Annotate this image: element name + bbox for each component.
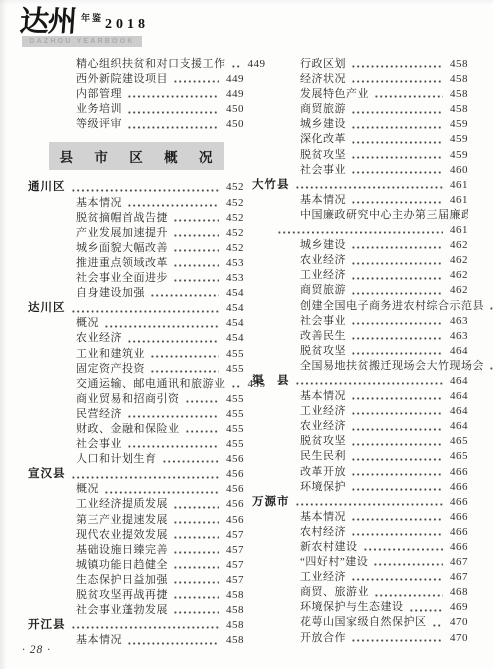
dot-leader xyxy=(351,468,443,480)
toc-entry: 环境保护与生态建设469 xyxy=(252,600,468,615)
toc-page-number: 464 xyxy=(446,344,468,359)
toc-entry: 财政、金融和保险业455 xyxy=(28,422,244,437)
dot-leader xyxy=(173,274,219,286)
toc-page-number: 455 xyxy=(222,347,244,362)
dot-leader xyxy=(374,588,443,600)
scan-edge-shadow xyxy=(0,0,7,669)
toc-entry-title: 固定资产投资 xyxy=(76,362,145,377)
toc-entry: 深化改革459 xyxy=(252,132,468,147)
toc-entry-title: 农业经济 xyxy=(300,253,346,268)
toc-entry: 经济状况458 xyxy=(252,72,468,87)
dot-leader xyxy=(351,483,443,495)
dot-leader xyxy=(150,350,219,362)
dot-leader xyxy=(127,636,219,648)
toc-entry-title: 创建全国电子商务进农村综合示范县 xyxy=(300,299,484,314)
toc-page-number: 449 xyxy=(222,72,244,87)
dot-leader xyxy=(351,136,443,148)
toc-entry: 商贸旅游462 xyxy=(252,283,468,298)
toc-page-number: 454 xyxy=(222,331,244,346)
dot-leader xyxy=(351,437,443,449)
toc-page-number: 459 xyxy=(446,132,468,147)
toc-page-number: 461 xyxy=(446,223,468,238)
toc-entry-title: 基本情况 xyxy=(300,510,346,525)
dot-leader xyxy=(127,440,219,452)
toc-entry-title: 改革开放 xyxy=(300,465,346,480)
toc-entry-title: 基础设施日臻完善 xyxy=(76,543,168,558)
toc-entry: 行政区划458 xyxy=(252,57,468,72)
toc-page-number: 462 xyxy=(446,238,468,253)
toc-entry-title: 脱贫攻坚 xyxy=(300,148,346,163)
dot-leader xyxy=(295,377,444,389)
toc-entry-title: 工业经济 xyxy=(300,570,346,585)
dot-leader xyxy=(127,199,219,211)
toc-entry-title: 商贸旅游 xyxy=(300,102,346,117)
toc-entry: 商业贸易和招商引资455 xyxy=(28,392,244,407)
toc-page-number: 466 xyxy=(446,495,468,510)
toc-entry: 创建全国电子商务进农村综合示范县463 xyxy=(252,299,468,314)
dot-leader xyxy=(71,304,220,316)
section-header: 县 市 区 概 况 xyxy=(28,132,244,180)
toc-entry-title: 等级评审 xyxy=(76,117,122,132)
dot-leader xyxy=(127,410,219,422)
toc-entry: 大竹县461 xyxy=(252,178,468,193)
dot-leader xyxy=(432,619,444,631)
toc-entry: 内部管理449 xyxy=(28,87,244,102)
toc-page-number: 466 xyxy=(446,465,468,480)
toc-entry-title: 城镇功能日趋健全 xyxy=(76,558,168,573)
dot-leader xyxy=(351,105,443,117)
toc-entry-title: 商贸、旅游业 xyxy=(300,585,369,600)
toc-entry: 工业经济462 xyxy=(252,268,468,283)
toc-page-number: 457 xyxy=(222,573,244,588)
toc-entry-title: 基本情况 xyxy=(300,389,346,404)
toc-entry-title: 城乡面貌大幅改善 xyxy=(76,241,168,256)
toc-entry-title: 达川区 xyxy=(28,301,66,316)
dot-leader xyxy=(173,244,219,256)
toc-entry: 花萼山国家级自然保护区470 xyxy=(252,615,468,630)
toc-entry: 民营经济455 xyxy=(28,407,244,422)
toc-column-left: 精心组织扶贫和对口支援工作449西外新院建设项目449内部管理449业务培训45… xyxy=(28,57,244,648)
toc-page-number: 457 xyxy=(222,543,244,558)
toc-page-number: 465 xyxy=(446,434,468,449)
dot-leader xyxy=(351,120,443,132)
dot-leader xyxy=(351,151,443,163)
toc-page-number: 452 xyxy=(222,180,244,195)
toc-page-number: 462 xyxy=(446,268,468,283)
dot-leader xyxy=(71,621,220,633)
toc-entry: 脱贫攻坚465 xyxy=(252,434,468,449)
toc-page-number: 464 xyxy=(446,419,468,434)
toc-entry-title: 业务培训 xyxy=(76,102,122,117)
dot-leader xyxy=(185,395,220,407)
toc-entry: 脱贫攻坚464 xyxy=(252,344,468,359)
toc-entry-title: 人口和计划生育 xyxy=(76,452,157,467)
toc-page-number: 466 xyxy=(446,480,468,495)
toc-entry: 第三产业提速发展456 xyxy=(28,513,244,528)
dot-leader xyxy=(373,558,443,570)
toc-entry: 新农村建设466 xyxy=(252,540,468,555)
toc-page-number: 466 xyxy=(446,510,468,525)
toc-page-number: 467 xyxy=(446,555,468,570)
toc-page-number: 464 xyxy=(446,404,468,419)
logo-subtitle: 年鉴 xyxy=(81,11,103,24)
toc-entry: 基本情况466 xyxy=(252,510,468,525)
dot-leader xyxy=(351,407,443,419)
dot-leader xyxy=(231,380,241,392)
toc-entry-title: 财政、金融和保险业 xyxy=(76,422,180,437)
dot-leader xyxy=(173,576,219,588)
toc-page-number: 462 xyxy=(446,253,468,268)
toc-page-number: 463 xyxy=(446,329,468,344)
toc-entry: 自身建设加强454 xyxy=(28,286,244,301)
toc-entry-title: 基本情况 xyxy=(300,193,346,208)
toc-entry-title: 脱贫攻坚再战再捷 xyxy=(76,588,168,603)
toc-entry-title: 万源市 xyxy=(252,495,290,510)
toc-page-number: 456 xyxy=(222,513,244,528)
toc-entry-title: 社会事业 xyxy=(300,314,346,329)
dot-leader xyxy=(295,181,444,193)
dot-leader xyxy=(351,271,443,283)
toc-entry: 农村经济466 xyxy=(252,525,468,540)
toc-entry: 概况456 xyxy=(28,482,244,497)
toc-page-number: 461 xyxy=(446,193,468,208)
toc-entry: 基础设施日臻完善457 xyxy=(28,543,244,558)
toc-entry: 城乡建设462 xyxy=(252,238,468,253)
dot-leader xyxy=(173,75,219,87)
toc-entry: 生态保护日益加强457 xyxy=(28,573,244,588)
dot-leader xyxy=(127,120,219,132)
dot-leader xyxy=(351,453,443,465)
toc-entry: 工业经济467 xyxy=(252,570,468,585)
dot-leader xyxy=(173,501,219,513)
toc-page-number: 455 xyxy=(222,422,244,437)
toc-entry-title: 精心组织扶贫和对口支援工作 xyxy=(76,57,226,72)
toc-entry-title: 工业和建筑业 xyxy=(76,347,145,362)
toc-entry-title: 产业发展加速提升 xyxy=(76,226,168,241)
toc-page-number: 458 xyxy=(446,57,468,72)
toc-entry: 开江县458 xyxy=(28,618,244,633)
logo-title-cn: 达州 xyxy=(19,8,77,34)
dot-leader xyxy=(489,362,493,374)
toc-entry: 精心组织扶贫和对口支援工作449 xyxy=(28,57,244,72)
toc-page-number: 458 xyxy=(446,87,468,102)
toc-entry-title: 基本情况 xyxy=(76,196,122,211)
toc-entry-title: 脱贫攻坚 xyxy=(300,344,346,359)
toc-page-number: 456 xyxy=(222,482,244,497)
toc-entry-title: 工业经济提质发展 xyxy=(76,497,168,512)
toc-entry: “四好村”建设467 xyxy=(252,555,468,570)
toc-entry: 农业经济454 xyxy=(28,331,244,346)
toc-entry-title: 脱贫攻坚 xyxy=(300,434,346,449)
toc-page-number: 458 xyxy=(222,633,244,648)
toc-entry: 脱贫攻坚459 xyxy=(252,148,468,163)
toc-entry: 渠 县464 xyxy=(252,374,468,389)
toc-entry-title: 工业经济 xyxy=(300,268,346,283)
page-number: · 28 · xyxy=(22,644,51,656)
toc-entry: 工业和建筑业455 xyxy=(28,347,244,362)
dot-leader xyxy=(173,531,219,543)
toc-page-number: 460 xyxy=(446,163,468,178)
dot-leader xyxy=(173,214,219,226)
toc-page-number: 468 xyxy=(446,585,468,600)
dot-leader xyxy=(277,226,443,238)
toc-entry-title: 脱贫摘帽首战告捷 xyxy=(76,211,168,226)
toc-entry-title: 社会事业全面进步 xyxy=(76,271,168,286)
toc-page-number: 457 xyxy=(222,558,244,573)
toc-entry: 城乡面貌大幅改善452 xyxy=(28,241,244,256)
toc-page-number: 456 xyxy=(222,467,244,482)
toc-entry: 城乡建设459 xyxy=(252,117,468,132)
toc-page-number: 452 xyxy=(222,226,244,241)
toc-entry: 社会事业455 xyxy=(28,437,244,452)
toc-page-number: 466 xyxy=(446,540,468,555)
toc-page-number: 458 xyxy=(222,588,244,603)
toc-entry: 现代农业提效发展457 xyxy=(28,528,244,543)
toc-entry: 基本情况458 xyxy=(28,633,244,648)
toc-entry-title: 城乡建设 xyxy=(300,117,346,132)
dot-leader xyxy=(489,302,493,314)
toc-page-number: 456 xyxy=(222,452,244,467)
toc-entry-title: 大竹县 xyxy=(252,178,290,193)
logo-title-en: DAZHOU YEARBOOK xyxy=(29,38,134,45)
toc-entry-title: 深化改革 xyxy=(300,132,346,147)
toc-entry: 改善民生463 xyxy=(252,329,468,344)
toc-entry-title: 改善民生 xyxy=(300,329,346,344)
toc-page-number: 456 xyxy=(222,497,244,512)
toc-entry: 基本情况461 xyxy=(252,193,468,208)
toc-entry-title: 自身建设加强 xyxy=(76,286,145,301)
toc-entry: 基本情况452 xyxy=(28,196,244,211)
toc-page-number: 453 xyxy=(222,271,244,286)
dot-leader xyxy=(351,513,443,525)
toc-entry-title: “四好村”建设 xyxy=(300,555,368,570)
dot-leader xyxy=(104,319,219,331)
toc-entry: 全国易地扶贫搬迁现场会大竹现场会464 xyxy=(252,359,468,374)
toc-entry: 开放合作470 xyxy=(252,631,468,646)
toc-entry: 城镇功能日趋健全457 xyxy=(28,558,244,573)
toc-entry-title: 概况 xyxy=(76,482,99,497)
toc-entry-title: 推进重点领域改革 xyxy=(76,256,168,271)
dot-leader xyxy=(127,335,219,347)
dot-leader xyxy=(104,485,219,497)
toc-entry: 通川区452 xyxy=(28,180,244,195)
dot-leader xyxy=(351,75,443,87)
toc-entry-title: 城乡建设 xyxy=(300,238,346,253)
toc-entry: 社会事业蓬勃发展458 xyxy=(28,603,244,618)
toc-entry: 民生民利465 xyxy=(252,449,468,464)
toc-entry: 脱贫摘帽首战告捷452 xyxy=(28,211,244,226)
toc-page-number: 457 xyxy=(222,528,244,543)
dot-leader xyxy=(363,543,444,555)
toc-entry-title: 全国易地扶贫搬迁现场会大竹现场会 xyxy=(300,359,484,374)
toc-page-number: 449 xyxy=(222,87,244,102)
dot-leader xyxy=(351,196,443,208)
dot-leader xyxy=(185,425,220,437)
dot-leader xyxy=(295,498,444,510)
section-header-label: 县 市 区 概 况 xyxy=(49,142,224,170)
dot-leader xyxy=(351,256,443,268)
toc-entry: 交通运输、邮电通讯和旅游业455 xyxy=(28,377,244,392)
dot-leader xyxy=(351,528,443,540)
toc-page-number: 458 xyxy=(222,603,244,618)
toc-entry-continuation: 461 xyxy=(252,223,468,238)
dot-leader xyxy=(351,573,443,585)
toc-entry: 基本情况464 xyxy=(252,389,468,404)
toc-page-number: 454 xyxy=(222,286,244,301)
toc-page-number: 469 xyxy=(446,600,468,615)
dot-leader xyxy=(127,105,219,117)
dot-leader xyxy=(173,229,219,241)
toc-entry: 改革开放466 xyxy=(252,465,468,480)
yearbook-logo: 达州 年鉴 2018 DAZHOU YEARBOOK xyxy=(20,8,170,47)
dot-leader xyxy=(127,90,219,102)
toc-entry-title: 交通运输、邮电通讯和旅游业 xyxy=(76,377,226,392)
toc-entry-title: 西外新院建设项目 xyxy=(76,72,168,87)
toc-entry-title: 第三产业提速发展 xyxy=(76,513,168,528)
toc-entry: 商贸旅游458 xyxy=(252,102,468,117)
dot-leader xyxy=(351,347,443,359)
toc-entry: 固定资产投资455 xyxy=(28,362,244,377)
dot-leader xyxy=(409,603,444,615)
toc-entry-title: 现代农业提效发展 xyxy=(76,528,168,543)
toc-page-number: 450 xyxy=(222,117,244,132)
toc-entry: 人口和计划生育456 xyxy=(28,452,244,467)
toc-entry: 脱贫攻坚再战再捷458 xyxy=(28,588,244,603)
toc-entry-title: 农业经济 xyxy=(76,331,122,346)
toc-entry: 宣汉县456 xyxy=(28,467,244,482)
dot-leader xyxy=(173,561,219,573)
toc-entry: 达川区454 xyxy=(28,301,244,316)
toc-entry-title: 发展特色产业 xyxy=(300,87,369,102)
toc-entry: 西外新院建设项目449 xyxy=(28,72,244,87)
toc-page-number: 458 xyxy=(222,618,244,633)
toc-entry-title: 开江县 xyxy=(28,618,66,633)
toc-entry-title: 商业贸易和招商引资 xyxy=(76,392,180,407)
toc-page-number: 465 xyxy=(446,449,468,464)
toc-entry: 工业经济提质发展456 xyxy=(28,497,244,512)
toc-entry-title: 社会事业 xyxy=(76,437,122,452)
toc-entry: 万源市466 xyxy=(252,495,468,510)
toc-entry-title: 环境保护 xyxy=(300,480,346,495)
toc-entry-title: 新农村建设 xyxy=(300,540,358,555)
dot-leader xyxy=(351,60,443,72)
toc-entry: 概况454 xyxy=(28,316,244,331)
dot-leader xyxy=(150,365,219,377)
toc-entry-title: 经济状况 xyxy=(300,72,346,87)
logo-year: 2018 xyxy=(105,17,149,33)
toc-entry: 发展特色产业458 xyxy=(252,87,468,102)
dot-leader xyxy=(162,455,220,467)
dot-leader xyxy=(173,606,219,618)
toc-page-number: 461 xyxy=(446,178,468,193)
toc-entry-title: 中国廉政研究中心主办第三届廉政大竹论坛 xyxy=(300,208,468,223)
toc-entry: 环境保护466 xyxy=(252,480,468,495)
dot-leader xyxy=(351,241,443,253)
toc-entry: 中国廉政研究中心主办第三届廉政大竹论坛 xyxy=(252,208,468,223)
toc-entry-title: 农业经济 xyxy=(300,419,346,434)
toc-page-number: 450 xyxy=(222,102,244,117)
dot-leader xyxy=(374,90,443,102)
toc-entry-title: 社会事业 xyxy=(300,163,346,178)
dot-leader xyxy=(351,392,443,404)
dot-leader xyxy=(351,166,443,178)
toc-page-number: 458 xyxy=(446,102,468,117)
toc-page-number: 466 xyxy=(446,525,468,540)
toc-entry: 农业经济464 xyxy=(252,419,468,434)
toc-entry-title: 开放合作 xyxy=(300,631,346,646)
toc-entry: 产业发展加速提升452 xyxy=(28,226,244,241)
toc-entry: 推进重点领域改革453 xyxy=(28,256,244,271)
dot-leader xyxy=(173,516,219,528)
dot-leader xyxy=(351,332,443,344)
toc-entry: 社会事业463 xyxy=(252,314,468,329)
dot-leader xyxy=(150,289,219,301)
toc-entry: 农业经济462 xyxy=(252,253,468,268)
toc-entry: 工业经济464 xyxy=(252,404,468,419)
toc-page-number: 464 xyxy=(446,374,468,389)
toc-entry-title: 环境保护与生态建设 xyxy=(300,600,404,615)
toc-entry-title: 花萼山国家级自然保护区 xyxy=(300,615,427,630)
dot-leader xyxy=(71,470,220,482)
toc-entry-title: 行政区划 xyxy=(300,57,346,72)
toc-page-number: 452 xyxy=(222,241,244,256)
toc-entry-title: 通川区 xyxy=(28,180,66,195)
toc-page-number: 455 xyxy=(222,362,244,377)
toc-page-number: 454 xyxy=(222,301,244,316)
toc-page-number: 470 xyxy=(446,615,468,630)
toc-page-number: 458 xyxy=(446,72,468,87)
dot-leader xyxy=(351,317,443,329)
toc-entry-title: 概况 xyxy=(76,316,99,331)
toc-page-number: 462 xyxy=(446,283,468,298)
toc-entry-title: 生态保护日益加强 xyxy=(76,573,168,588)
toc-page-number: 464 xyxy=(446,389,468,404)
toc-entry-title: 商贸旅游 xyxy=(300,283,346,298)
dot-leader xyxy=(173,546,219,558)
toc-page-number: 452 xyxy=(222,196,244,211)
toc-entry-title: 渠 县 xyxy=(252,374,290,389)
dot-leader xyxy=(71,184,220,196)
toc-page-number: 463 xyxy=(446,314,468,329)
toc-entry-title: 农村经济 xyxy=(300,525,346,540)
toc-entry-title: 工业经济 xyxy=(300,404,346,419)
toc-entry: 社会事业全面进步453 xyxy=(28,271,244,286)
toc-entry-title: 民营经济 xyxy=(76,407,122,422)
toc-page-number: 454 xyxy=(222,316,244,331)
toc-page-number: 455 xyxy=(222,392,244,407)
toc-page-number: 470 xyxy=(446,631,468,646)
toc-page-number: 459 xyxy=(446,148,468,163)
toc-entry: 等级评审450 xyxy=(28,117,244,132)
dot-leader xyxy=(231,60,241,72)
toc-entry: 社会事业460 xyxy=(252,163,468,178)
toc-entry-title: 基本情况 xyxy=(76,633,122,648)
toc-page-number: 467 xyxy=(446,570,468,585)
toc-entry-title: 社会事业蓬勃发展 xyxy=(76,603,168,618)
dot-leader xyxy=(351,287,443,299)
dot-leader xyxy=(351,634,443,646)
toc-page-number: 453 xyxy=(222,256,244,271)
toc-page-number: 455 xyxy=(222,407,244,422)
toc-page-number: 455 xyxy=(222,437,244,452)
toc-page-number: 459 xyxy=(446,117,468,132)
dot-leader xyxy=(173,259,219,271)
dot-leader xyxy=(351,422,443,434)
toc-entry: 商贸、旅游业468 xyxy=(252,585,468,600)
toc-entry-title: 宣汉县 xyxy=(28,467,66,482)
toc-entry: 业务培训450 xyxy=(28,102,244,117)
toc-page-number: 452 xyxy=(222,211,244,226)
